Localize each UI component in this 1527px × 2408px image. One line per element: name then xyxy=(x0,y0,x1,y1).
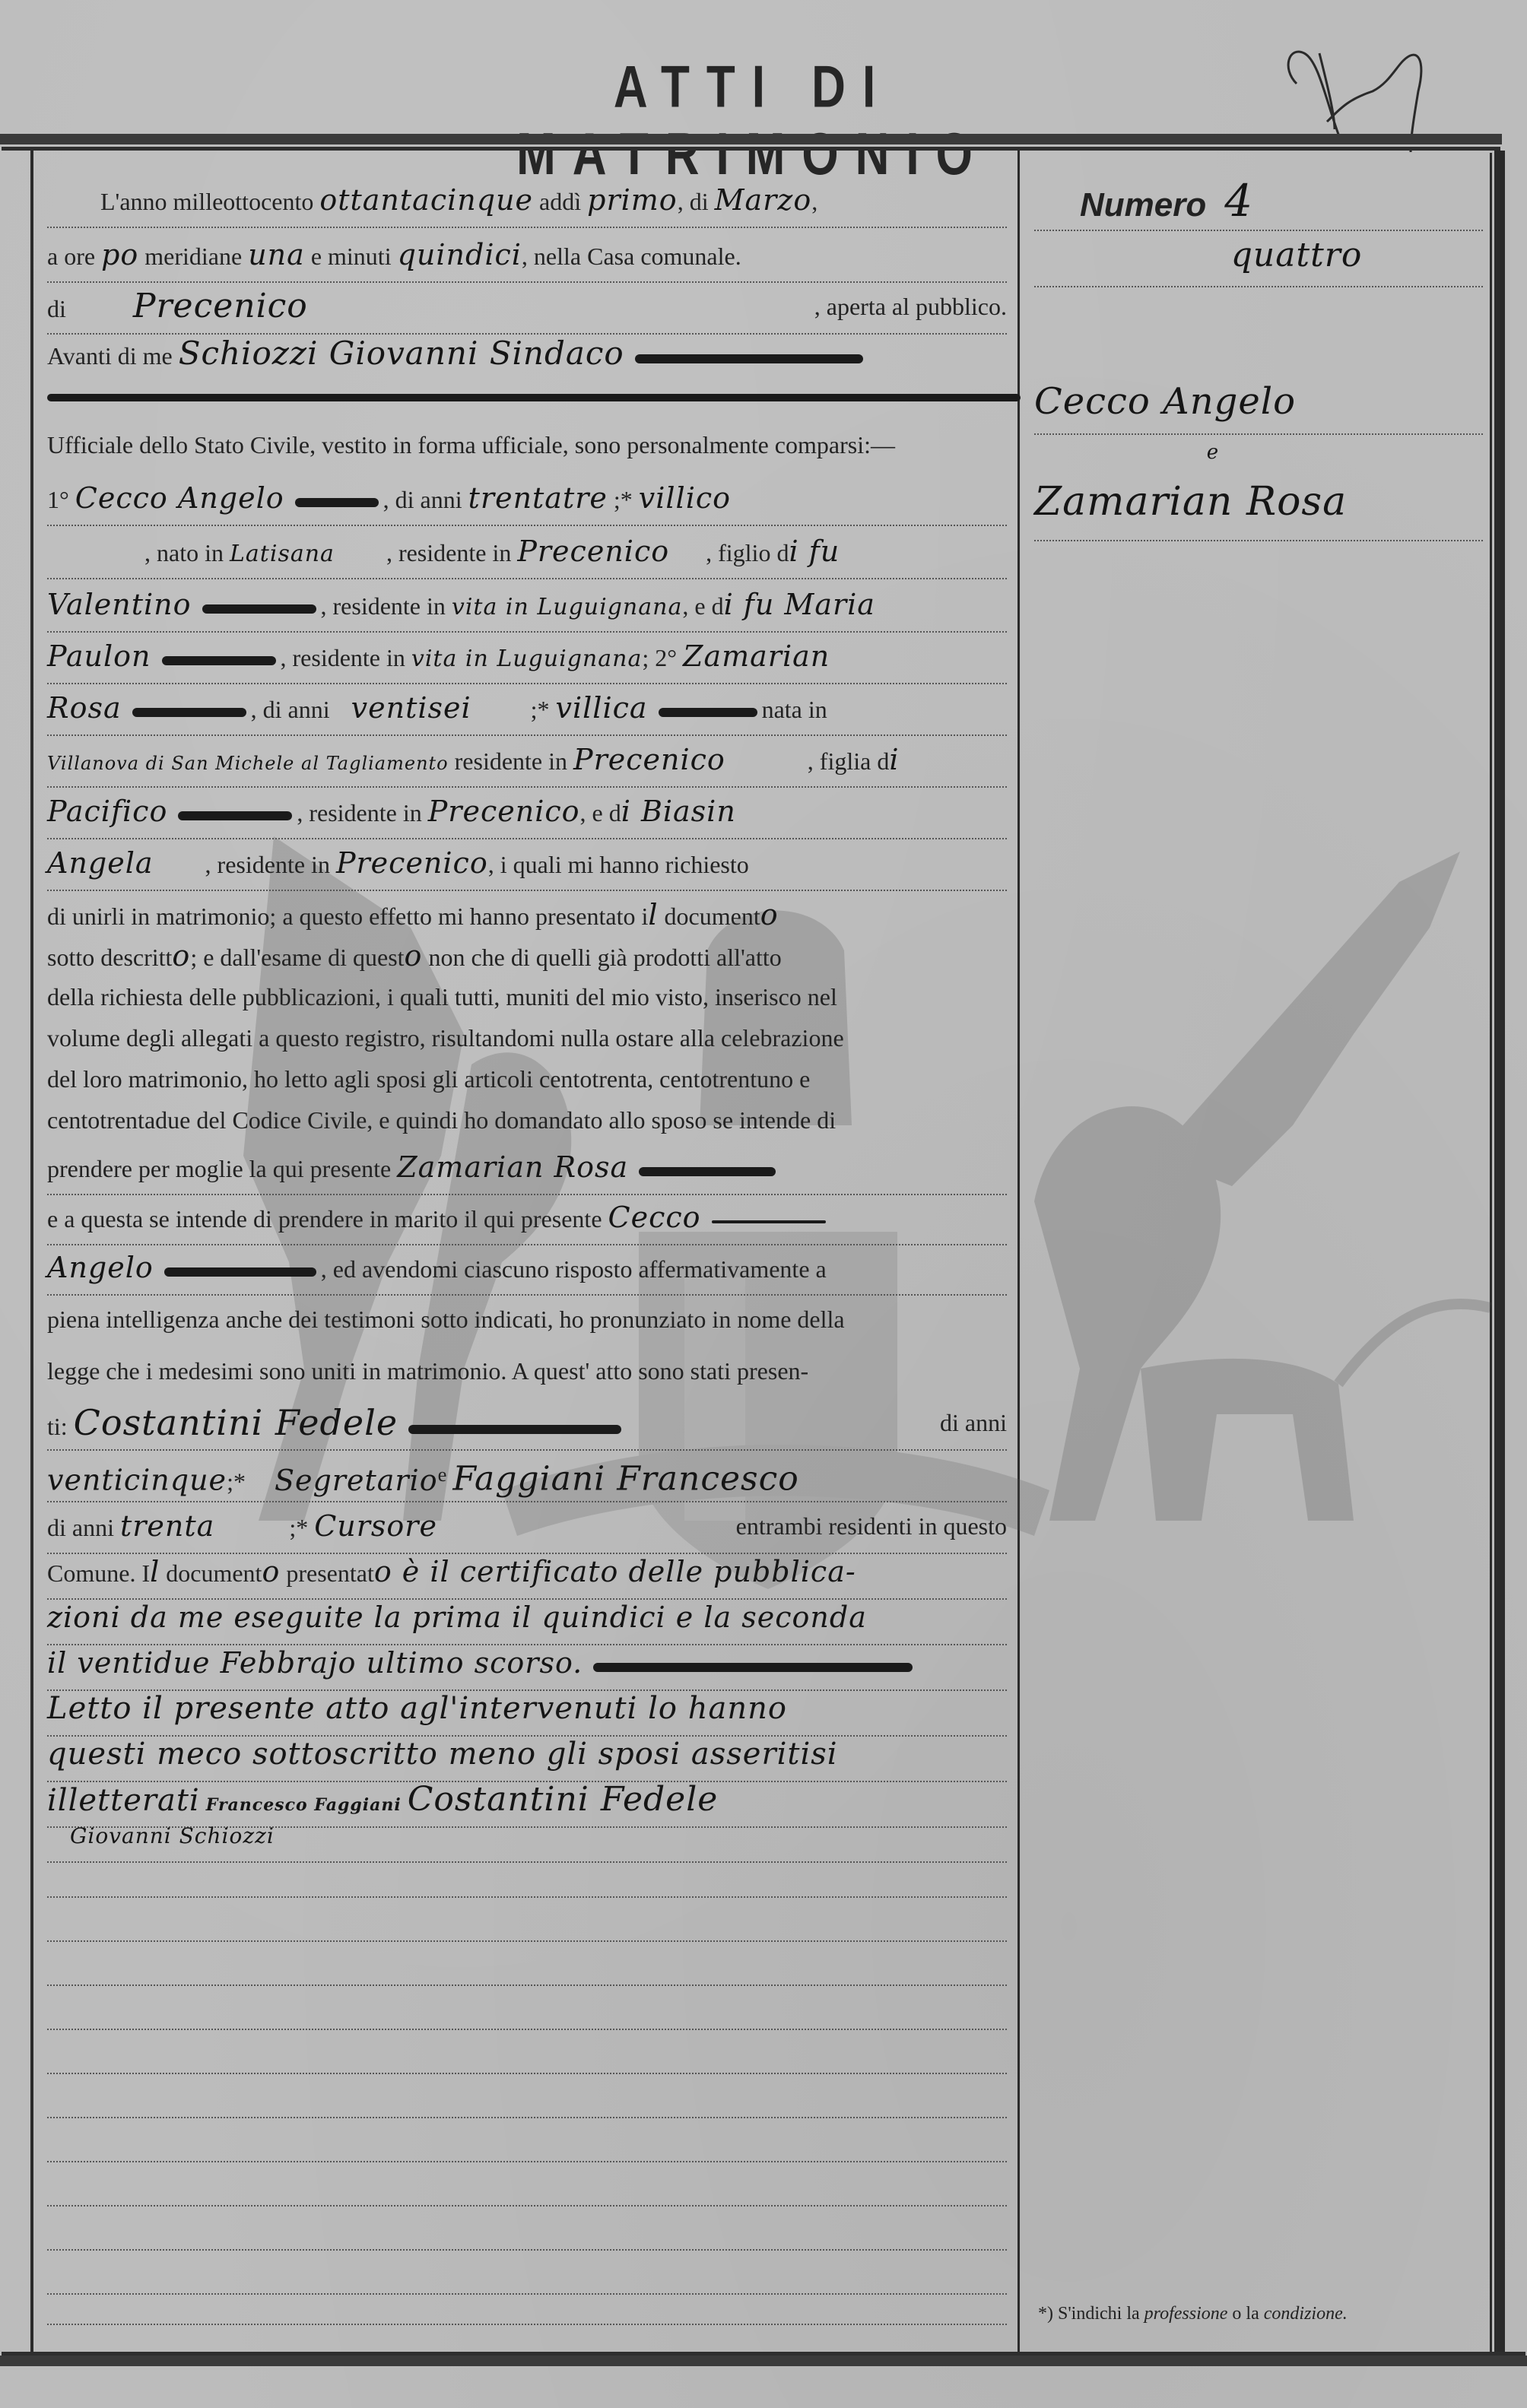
filler-bar xyxy=(639,1167,776,1176)
printed-per-moglie: prendere per moglie la qui presente xyxy=(47,1155,391,1182)
hand-bride-mother-surname: i Biasin xyxy=(621,795,736,828)
printed-document: document xyxy=(665,903,760,930)
blank-line xyxy=(47,2205,1007,2207)
filler-bar xyxy=(659,708,757,717)
footnote-mid: o la xyxy=(1232,2304,1259,2324)
page-title: ATTI DI MATRIMONIO xyxy=(365,53,1141,189)
body-line-11: Villanova di San Michele al Tagliamento … xyxy=(47,733,1007,788)
hand-hour: una xyxy=(248,238,305,271)
hand-closing-1: Letto il presente atto agl'intervenuti l… xyxy=(47,1691,787,1726)
signature-officer: Giovanni Schiozzi xyxy=(70,1823,275,1848)
hand-groom-father: Valentino xyxy=(47,588,192,621)
filler-bar xyxy=(202,604,316,614)
printed-allegati: volume degli allegati a questo registro,… xyxy=(47,1024,844,1052)
hand-bride-father: Pacifico xyxy=(47,795,167,828)
act-number-row: Numero 4 xyxy=(1034,175,1483,231)
hand-bride-birthplace: Villanova di San Michele al Tagliamento xyxy=(47,753,449,774)
hand-commune: Precenico xyxy=(133,287,308,325)
body-line-25: ti: Costantini Fedele di anni xyxy=(47,1396,1007,1451)
blank-line xyxy=(47,2293,1007,2295)
act-number-words: quattro xyxy=(1231,236,1363,274)
footnote-condizione: condizione. xyxy=(1264,2304,1348,2324)
printed-semicolon-star: ;* xyxy=(289,1514,308,1541)
hand-groom-profession: villico xyxy=(639,481,731,515)
hand-bride-profession: villica xyxy=(556,691,648,725)
right-border xyxy=(1492,151,1505,2356)
filler-bar xyxy=(295,498,379,507)
printed-di: di xyxy=(47,295,66,322)
printed-di-anni: di anni xyxy=(47,1514,114,1541)
printed-comma: , xyxy=(811,188,817,215)
body-line-12: Pacifico , residente in Precenico, e di … xyxy=(47,785,1007,839)
blank-line xyxy=(47,1896,1007,1898)
filler-bar xyxy=(132,708,246,717)
numero-label: Numero xyxy=(1080,186,1206,224)
hand-bride-residence: Precenico xyxy=(573,743,725,776)
printed-non-che: non che di quelli già prodotti all'atto xyxy=(428,944,781,971)
hand-document-description: o è il certificato delle pubblica- xyxy=(374,1555,856,1588)
hand-minutes: quindici xyxy=(398,238,522,271)
printed-articoli: del loro matrimonio, ho letto agli sposi… xyxy=(47,1065,810,1093)
hand-groom-first: Angelo xyxy=(47,1251,154,1284)
blank-line xyxy=(47,1984,1007,1986)
groom-name-row: Cecco Angelo xyxy=(1034,380,1483,435)
left-border xyxy=(30,151,33,2356)
top-double-rule xyxy=(0,134,1502,147)
body-line-21: e a questa se intende di prendere in mar… xyxy=(47,1191,1007,1245)
printed-richiesto: , i quali mi hanno richiesto xyxy=(488,851,749,878)
bride-name-row: Zamarian Rosa xyxy=(1034,479,1483,541)
printed-semicolon-star: ;* xyxy=(227,1468,246,1496)
body-line-34: Giovanni Schiozzi xyxy=(47,1808,1007,1863)
filler-bar xyxy=(635,354,863,363)
hand-closing-2: questi meco sottoscritto meno gli sposi … xyxy=(47,1737,838,1772)
hand-mother-residence: vita in Luguignana xyxy=(411,646,642,672)
hand-ante-post: po xyxy=(101,238,138,271)
body-line-26: venticinque;* Segretarioe Faggiani Franc… xyxy=(47,1448,1007,1502)
printed-di-anni: , di anni xyxy=(251,696,330,723)
body-line-19: centotrentadue del Codice Civile, e quin… xyxy=(47,1093,1007,1147)
hand-groom-mother-first: i fu Maria xyxy=(724,588,875,621)
printed-comune: Comune. I xyxy=(47,1559,150,1587)
hand-bride-surname: Zamarian xyxy=(683,639,830,673)
body-line-13: Angela , residente in Precenico, i quali… xyxy=(47,836,1007,891)
conjunction-row: e xyxy=(1034,441,1483,471)
body-line-20: prendere per moglie la qui presente Zama… xyxy=(47,1141,1007,1195)
column-divider xyxy=(1017,151,1020,2356)
blank-line xyxy=(47,2161,1007,2162)
printed-second: ; 2° xyxy=(642,644,677,671)
hand-bride-name: Zamarian Rosa xyxy=(397,1150,628,1184)
printed-ti: ti: xyxy=(47,1413,68,1440)
filler-bar xyxy=(164,1267,316,1277)
hand-i: i xyxy=(889,743,899,776)
hand-day: primo xyxy=(587,183,678,217)
body-line-22: Angelo , ed avendomi ciascuno risposto a… xyxy=(47,1241,1007,1296)
printed-meridiane: meridiane xyxy=(144,243,242,270)
printed-dall-esame: ; e dall'esame di quest xyxy=(190,944,404,971)
hand-fu: i fu xyxy=(789,535,840,568)
hand-father-residence: vita in Luguignana xyxy=(452,594,682,620)
printed-figlio-di: , figlio d xyxy=(706,539,789,566)
printed-testimoni: piena intelligenza anche dei testimoni s… xyxy=(47,1306,845,1333)
body-line-23: piena intelligenza anche dei testimoni s… xyxy=(47,1293,1007,1346)
hand-groom-name: Cecco Angelo xyxy=(75,481,284,515)
printed-residente-in: , residente in xyxy=(205,851,330,878)
printed-affermativamente: , ed avendomi ciascuno risposto affermat… xyxy=(321,1255,827,1283)
printed-minuti: e minuti xyxy=(311,243,392,270)
body-line-24: legge che i medesimi sono uniti in matri… xyxy=(47,1344,1007,1398)
printed-aperta-pubblico: , aperta al pubblico. xyxy=(814,280,1007,333)
hand-witness1-age: venticinque xyxy=(47,1464,227,1497)
printed-pubblicazioni: della richiesta delle pubblicazioni, i q… xyxy=(47,983,837,1010)
blank-line xyxy=(47,2249,1007,2251)
body-line-8: Valentino , residente in vita in Luguign… xyxy=(47,578,1007,633)
hand-bride-mother-residence: Precenico xyxy=(336,846,488,880)
hand-year: ottantacinque xyxy=(319,183,533,217)
hand-witness2-age: trenta xyxy=(120,1509,214,1543)
act-number-words-row: quattro xyxy=(1034,236,1483,287)
printed-residente-in: , residente in xyxy=(386,539,511,566)
printed-casa-comunale: , nella Casa comunale. xyxy=(522,243,741,270)
hand-groom-birthplace: Latisana xyxy=(230,541,335,567)
index-conjunction: e xyxy=(1207,441,1219,464)
footnote: *) S'indichi la professione o la condizi… xyxy=(1038,2304,1348,2324)
printed-in-marito: e a questa se intende di prendere in mar… xyxy=(47,1205,602,1233)
hand-witness2-name: Faggiani Francesco xyxy=(452,1460,798,1499)
hand-witness1-profession: Segretario xyxy=(275,1464,438,1497)
hand-publication-dates-2: il ventidue Febbrajo ultimo scorso. xyxy=(47,1646,583,1680)
hand-groom-age: trentatre xyxy=(468,481,608,515)
hand-groom-residence: Precenico xyxy=(517,535,669,568)
act-number: 4 xyxy=(1224,175,1253,227)
printed-codice-civile: centotrentadue del Codice Civile, e quin… xyxy=(47,1106,836,1134)
body-line-4: Avanti di me Schiozzi Giovanni Sindaco xyxy=(47,327,1007,380)
printed-e: e xyxy=(438,1463,447,1486)
printed-semicolon-star: ;* xyxy=(531,696,550,723)
printed-di-anni: di anni xyxy=(940,1396,1007,1449)
hand-ending: o xyxy=(760,898,779,931)
printed-residente-in: , residente in xyxy=(321,592,446,620)
footnote-professione: professione xyxy=(1144,2304,1228,2324)
printed-ufficiale: Ufficiale dello Stato Civile, vestito in… xyxy=(47,431,895,458)
filler-bar xyxy=(408,1425,621,1434)
footnote-prefix: *) S'indichi la xyxy=(1038,2304,1140,2324)
index-groom-name: Cecco Angelo xyxy=(1034,380,1296,423)
printed-unirli: di unirli in matrimonio; a questo effett… xyxy=(47,903,648,930)
printed-year-label: L'anno milleottocento xyxy=(100,188,313,215)
printed-addi: addì xyxy=(539,188,581,215)
filler-bar xyxy=(178,811,292,820)
hand-ending: o xyxy=(172,939,190,972)
printed-e-di: , e d xyxy=(682,592,723,620)
printed-figlia-di: , figlia d xyxy=(808,747,890,775)
printed-nato-in: , nato in xyxy=(144,539,224,566)
hand-bride-mother-first: Angela xyxy=(47,846,154,880)
blank-line xyxy=(47,2073,1007,2074)
hand-groom-mother-surname: Paulon xyxy=(47,639,151,673)
register-page: ATTI DI MATRIMONIO L'anno mill xyxy=(0,0,1527,2408)
printed-residente-in: residente in xyxy=(455,747,567,775)
filler-bar xyxy=(593,1663,913,1672)
hand-officer-name: Schiozzi Giovanni Sindaco xyxy=(179,335,624,372)
blank-line xyxy=(47,2324,1007,2325)
blank-line xyxy=(47,2029,1007,2030)
hand-publication-dates: zioni da me eseguite la prima il quindic… xyxy=(47,1601,867,1634)
body-line-6: 1° Cecco Angelo , di anni trentatre ;* v… xyxy=(47,471,1007,526)
printed-presentat: presentat xyxy=(286,1559,374,1587)
printed-first: 1° xyxy=(47,486,69,513)
printed-residente-in: , residente in xyxy=(297,799,421,826)
section-divider-bar xyxy=(47,394,1021,401)
body-line-9: Paulon , residente in vita in Luguignana… xyxy=(47,630,1007,684)
bottom-double-rule xyxy=(0,2356,1527,2366)
printed-nata-in: nata in xyxy=(762,696,827,723)
hand-count: l xyxy=(150,1555,160,1588)
hand-ending: o xyxy=(262,1555,280,1588)
printed-a-ore: a ore xyxy=(47,243,95,270)
printed-di-anni: , di anni xyxy=(383,486,462,513)
hand-month: Marzo xyxy=(715,183,812,217)
hand-count: l xyxy=(648,898,658,931)
printed-avanti-di-me: Avanti di me xyxy=(47,342,173,370)
printed-sotto-descritt: sotto descritt xyxy=(47,944,172,971)
body-line-5: Ufficiale dello Stato Civile, vestito in… xyxy=(47,418,1007,471)
blank-line xyxy=(47,2117,1007,2118)
filler-bar xyxy=(712,1220,826,1223)
hand-bride-first: Rosa xyxy=(47,691,122,725)
printed-document: document xyxy=(166,1559,262,1587)
hand-witness1-name: Costantini Fedele xyxy=(74,1402,398,1443)
hand-bride-father-residence: Precenico xyxy=(428,795,580,828)
printed-di: , di xyxy=(678,188,709,215)
hand-ending: o xyxy=(405,939,423,972)
blank-line xyxy=(47,1940,1007,1942)
printed-e-di: , e d xyxy=(580,799,621,826)
hand-bride-age: ventisei xyxy=(351,691,471,725)
filler-bar xyxy=(162,656,276,665)
body-line-1: L'anno milleottocento ottantacinque addì… xyxy=(47,173,1007,228)
printed-uniti: legge che i medesimi sono uniti in matri… xyxy=(47,1357,808,1385)
hand-witness2-profession: Cursore xyxy=(314,1509,437,1543)
index-bride-name: Zamarian Rosa xyxy=(1034,479,1347,525)
body-line-7: , nato in Latisana , residente in Precen… xyxy=(47,525,1007,579)
printed-residente-in: , residente in xyxy=(281,644,405,671)
printed-semicolon-star: ;* xyxy=(614,486,633,513)
hand-groom-surname: Cecco xyxy=(608,1201,701,1234)
body-line-10: Rosa , di anni ventisei ;* villica nata … xyxy=(47,681,1007,736)
body-line-2: a ore po meridiane una e minuti quindici… xyxy=(47,228,1007,283)
